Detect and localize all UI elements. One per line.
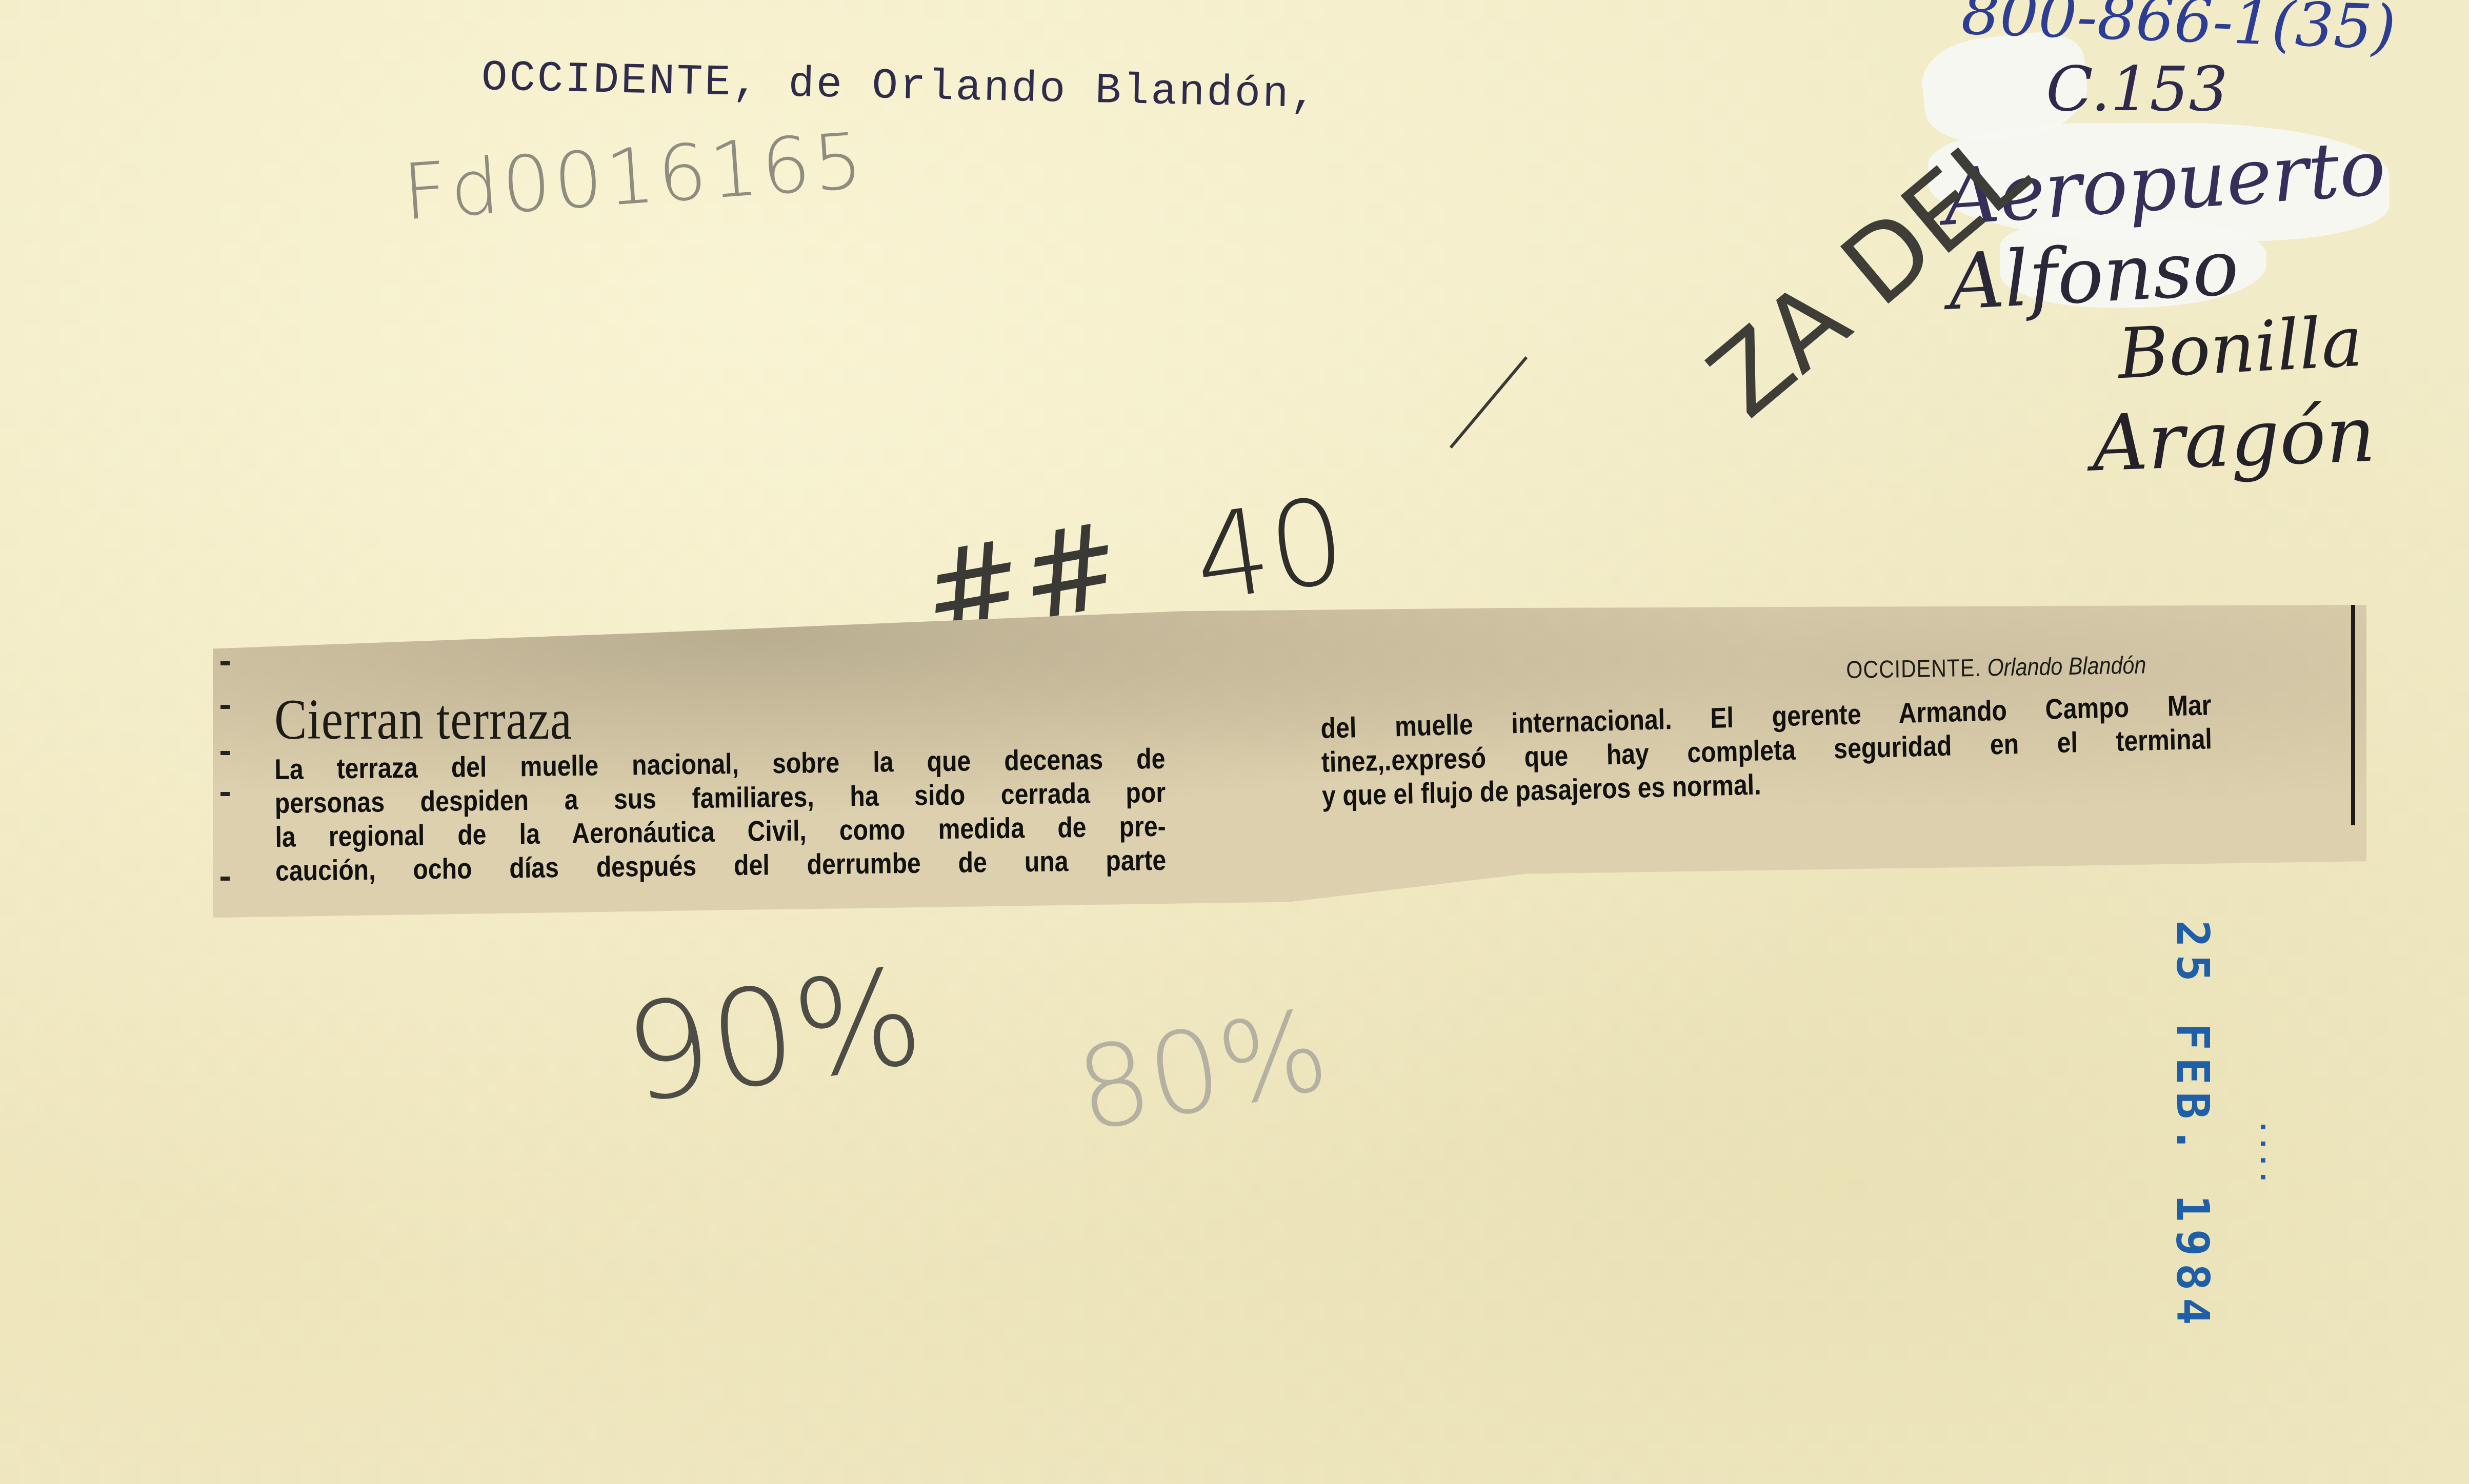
clipping-column-1: La terraza del muelle nacional, sobre la…	[274, 742, 1166, 888]
handwritten-place-line: Aragón	[2091, 390, 2377, 489]
pencil-crop-note: 90%	[616, 939, 931, 1133]
catalogue-code: Fd0016165	[400, 116, 868, 238]
pencil-crop-note-faint: 80%	[1067, 984, 1337, 1156]
handwritten-call-number: C.153	[2046, 54, 2228, 125]
clipping-headline: Cierran terraza	[274, 687, 572, 753]
byline-publication: OCCIDENTE.	[1846, 655, 1981, 684]
typed-credit-line: OCCIDENTE, de Orlando Blandón,	[481, 54, 1319, 120]
clipping-column-rule	[2351, 605, 2355, 825]
pencil-price-note: 40	[1186, 472, 1354, 628]
clipping-byline: OCCIDENTE.Orlando Blandón	[1846, 652, 2146, 684]
pencil-slash-mark	[1450, 356, 1528, 449]
handwritten-place-line: Bonilla	[2116, 301, 2364, 395]
date-stamp-dots: ....	[2254, 1123, 2289, 1190]
byline-author: Orlando Blandón	[1987, 652, 2146, 682]
date-stamp: 25 FEB. 1984	[2166, 920, 2219, 1332]
